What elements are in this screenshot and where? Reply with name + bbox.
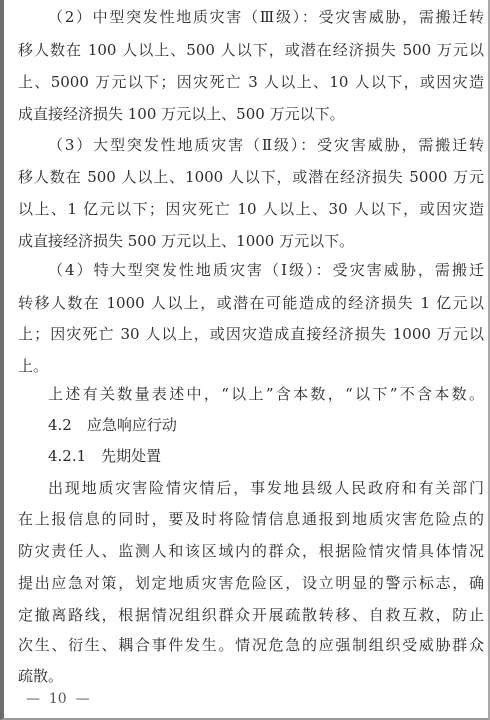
- text-line: 上、5000 万元以下；因灾死亡 3 人以上、10 人以下，或因灾造: [18, 73, 484, 91]
- document-page: （2）中型突发性地质灾害（Ⅲ级）：受灾害威胁，需搬迁转移人数在 100 人以上、…: [0, 0, 490, 720]
- text-line: 出现地质灾害险情灾情后，事发地县级人民政府和有关部门: [48, 479, 484, 497]
- text-line: 4.2.1 先期处置: [48, 447, 484, 465]
- text-line: 疏散。: [18, 667, 484, 685]
- text-line: 移人数在 100 人以上、500 人以下，或潜在经济损失 500 万元以: [18, 41, 484, 59]
- text-line: 成直接经济损失 500 万元以上、1000 万元以下。: [18, 232, 484, 250]
- text-line: 转移人数在 1000 人以上，或潜在可能造成的经济损失 1 亿元以: [18, 294, 484, 312]
- text-line: 上。: [18, 357, 484, 375]
- page-number: — 10 —: [26, 691, 90, 707]
- text-line: 以上、1 亿元以下；因灾死亡 10 人以上、30 人以下，或因灾造: [18, 200, 484, 218]
- text-line: 移人数在 500 人以上、1000 人以下，或潜在经济损失 5000 万元: [18, 168, 484, 186]
- text-line: 上；因灾死亡 30 人以上，或因灾造成直接经济损失 1000 万元以: [18, 325, 484, 343]
- text-line: 防灾责任人、监测人和该区域内的群众，根据险情灾情具体情况: [18, 542, 484, 560]
- text-line: 成直接经济损失 100 万元以上、500 万元以下。: [18, 105, 484, 123]
- text-line: 定撤离路线，根据情况组织群众开展疏散转移、自救互救，防止: [18, 606, 484, 624]
- text-line: 上述有关数量表述中，“以上”含本数，“以下”不含本数。: [48, 385, 484, 403]
- text-line: 4.2 应急响应行动: [48, 416, 484, 434]
- text-line: 在上报信息的同时，要及时将险情信息通报到地质灾害危险点的: [18, 510, 484, 528]
- text-line: （4）特大型突发性地质灾害（Ⅰ级）：受灾害威胁，需搬迁: [48, 261, 484, 279]
- text-line: 提出应急对策，划定地质灾害危险区，设立明显的警示标志，确: [18, 574, 484, 592]
- text-line: （3）大型突发性地质灾害（Ⅱ级）：受灾害威胁，需搬迁转: [48, 136, 484, 154]
- text-line: （2）中型突发性地质灾害（Ⅲ级）：受灾害威胁，需搬迁转: [48, 8, 484, 26]
- text-line: 次生、衍生、耦合事件发生。情况危急的应强制组织受威胁群众: [18, 636, 484, 654]
